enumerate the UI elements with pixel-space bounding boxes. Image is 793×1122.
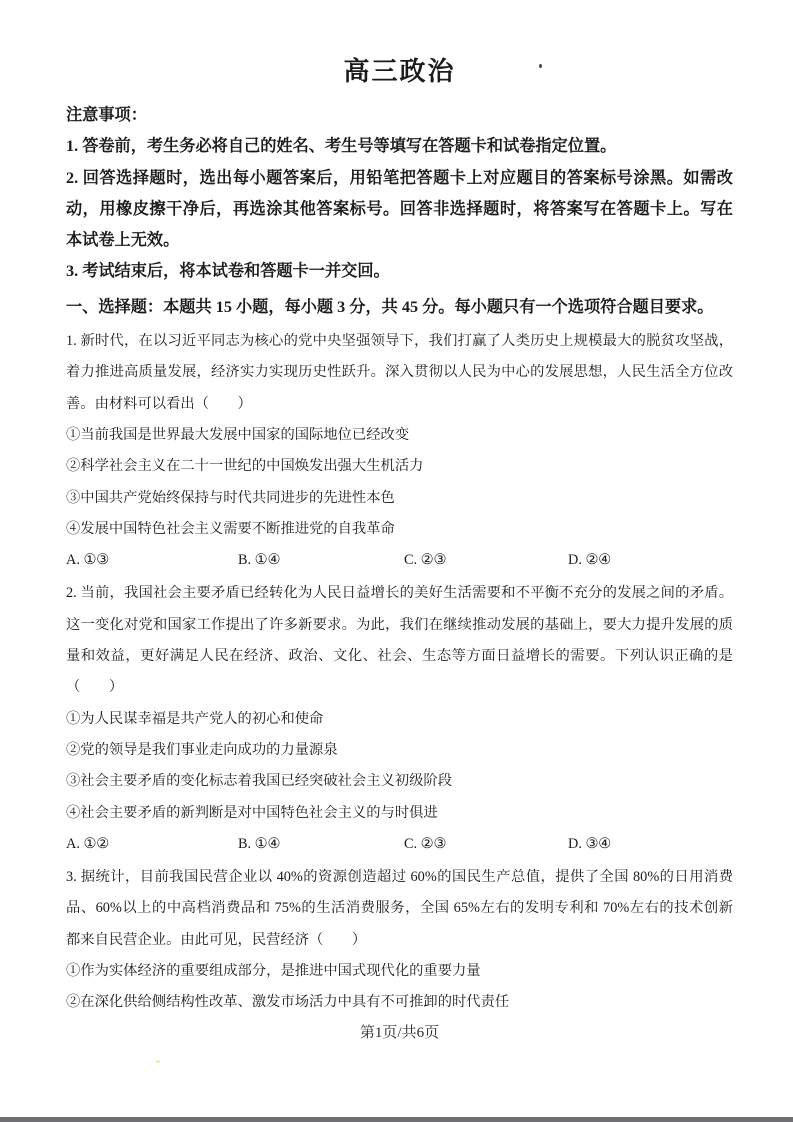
question-1-statement-2: ②科学社会主义在二十一世纪的中国焕发出强大生机活力 bbox=[66, 451, 733, 482]
question-3-statement-1: ①作为实体经济的重要组成部分，是推进中国式现代化的重要力量 bbox=[66, 956, 733, 987]
notice-item-2-line-1: 2. 回答选择题时，选出每小题答案后，用铅笔把答题卡上对应题目的答案标号涂黑。如… bbox=[66, 163, 733, 194]
question-3-statement-2: ②在深化供给侧结构性改革、激发市场活力中具有不可推卸的时代责任 bbox=[66, 987, 733, 1018]
question-2-statement-3: ③社会主要矛盾的变化标志着我国已经突破社会主义初级阶段 bbox=[66, 766, 733, 797]
question-2-stem-line-2: 这一变化对党和国家工作提出了许多新要求。为此，我们在继续推动发展的基础上，要大力… bbox=[66, 610, 733, 641]
question-1-statement-4: ④发展中国特色社会主义需要不断推进党的自我革命 bbox=[66, 514, 733, 545]
question-2-statement-4: ④社会主要矛盾的新判断是对中国特色社会主义的与时俱进 bbox=[66, 798, 733, 829]
question-2-choice-d: D. ③④ bbox=[568, 829, 733, 860]
scan-artifact-dot bbox=[539, 64, 542, 68]
notice-item-2: 2. 回答选择题时，选出每小题答案后，用铅笔把答题卡上对应题目的答案标号涂黑。如… bbox=[66, 163, 733, 257]
question-2-stem-line-4: （ ） bbox=[66, 672, 733, 703]
question-2-stem-line-1: 2. 当前，我国社会主要矛盾已经转化为人民日益增长的美好生活需要和不平衡不充分的… bbox=[66, 578, 733, 609]
notice-item-3: 3. 考试结束后，将本试卷和答题卡一并交回。 bbox=[66, 256, 733, 287]
question-2-choice-c: C. ②③ bbox=[404, 829, 568, 860]
question-3-stem-line-3: 都来自民营企业。由此可见，民营经济（ ） bbox=[66, 925, 733, 956]
question-1-stem-line-2: 着力推进高质量发展，经济实力实现历史性跃升。深入贯彻以人民为中心的发展思想，人民… bbox=[66, 357, 733, 388]
notice-item-1: 1. 答卷前，考生务必将自己的姓名、考生号等填写在答题卡和试卷指定位置。 bbox=[66, 131, 733, 162]
question-2: 2. 当前，我国社会主要矛盾已经转化为人民日益增长的美好生活需要和不平衡不充分的… bbox=[66, 578, 733, 860]
page-footer: 第1页/共6页 bbox=[66, 1019, 733, 1047]
notice-heading: 注意事项： bbox=[66, 100, 733, 131]
question-1: 1. 新时代，在以习近平同志为核心的党中央坚强领导下，我们打赢了人类历史上规模最… bbox=[66, 326, 733, 576]
notice-item-2-line-3: 本试卷上无效。 bbox=[66, 225, 733, 256]
question-3-stem-line-2: 品、60%以上的中高档消费品和 75%的生活消费服务，全国 65%左右的发明专利… bbox=[66, 893, 733, 924]
question-2-statement-1: ①为人民谋幸福是共产党人的初心和使命 bbox=[66, 704, 733, 735]
question-3-stem-line-1: 3. 据统计，目前我国民营企业以 40%的资源创造超过 60%的国民生产总值，提… bbox=[66, 862, 733, 893]
question-2-choices-row: A. ①② B. ①④ C. ②③ D. ③④ bbox=[66, 829, 733, 860]
question-1-choice-d: D. ②④ bbox=[568, 545, 733, 576]
scan-artifact-dot bbox=[156, 1060, 160, 1063]
question-2-stem-line-3: 量和效益，更好满足人民在经济、政治、文化、社会、生态等方面日益增长的需要。下列认… bbox=[66, 641, 733, 672]
question-3: 3. 据统计，目前我国民营企业以 40%的资源创造超过 60%的国民生产总值，提… bbox=[66, 862, 733, 1018]
question-1-statement-1: ①当前我国是世界最大发展中国家的国际地位已经改变 bbox=[66, 420, 733, 451]
question-2-choice-a: A. ①② bbox=[66, 829, 238, 860]
exam-page: 高三政治 注意事项： 1. 答卷前，考生务必将自己的姓名、考生号等填写在答题卡和… bbox=[0, 0, 793, 1047]
page-separator-bar bbox=[0, 1117, 793, 1122]
question-1-stem-line-3: 善。由材料可以看出（ ） bbox=[66, 389, 733, 420]
question-1-choice-b: B. ①④ bbox=[238, 545, 404, 576]
question-2-statement-2: ②党的领导是我们事业走向成功的力量源泉 bbox=[66, 735, 733, 766]
notice-item-2-line-2: 动，用橡皮擦干净后，再选涂其他答案标号。回答非选择题时，将答案写在答题卡上。写在 bbox=[66, 194, 733, 225]
question-1-choice-c: C. ②③ bbox=[404, 545, 568, 576]
section-heading: 一、选择题：本题共 15 小题，每小题 3 分，共 45 分。每小题只有一个选项… bbox=[66, 292, 733, 323]
question-1-choices-row: A. ①③ B. ①④ C. ②③ D. ②④ bbox=[66, 545, 733, 576]
page-title: 高三政治 bbox=[66, 54, 733, 90]
question-2-choice-b: B. ①④ bbox=[238, 829, 404, 860]
question-1-choice-a: A. ①③ bbox=[66, 545, 238, 576]
question-1-statement-3: ③中国共产党始终保持与时代共同进步的先进性本色 bbox=[66, 483, 733, 514]
question-1-stem-line-1: 1. 新时代，在以习近平同志为核心的党中央坚强领导下，我们打赢了人类历史上规模最… bbox=[66, 326, 733, 357]
